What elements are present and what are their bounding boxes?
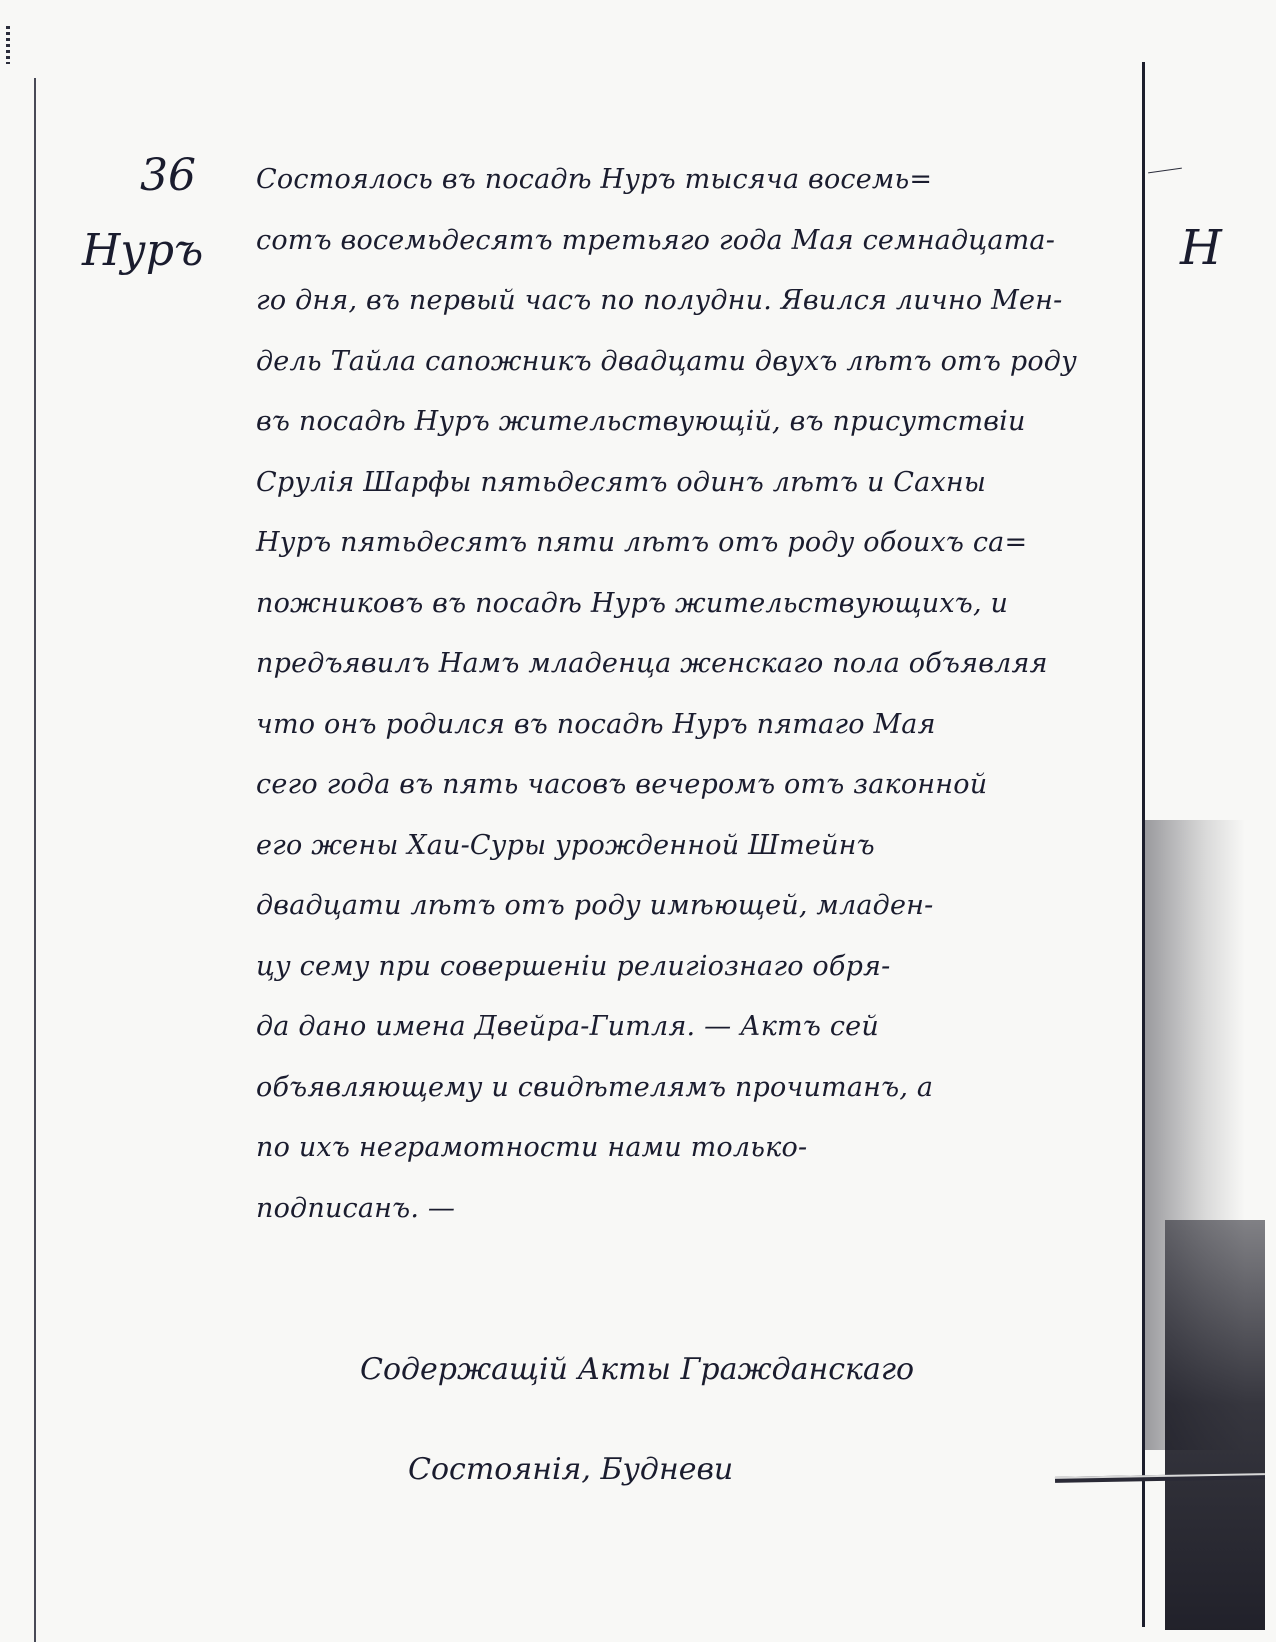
body-line: предъявилъ Намъ младенца женскаго пола о…	[256, 634, 1106, 695]
body-line: пожниковъ въ посадѣ Нуръ жительствующихъ…	[256, 574, 1106, 635]
body-line: по ихъ неграмотности нами только-	[256, 1118, 1106, 1179]
body-line: двадцати лѣтъ отъ роду имѣющей, младен-	[256, 876, 1106, 937]
signature-name-line: Состоянія, Будневи	[360, 1420, 1060, 1520]
body-line: Нуръ пятьдесятъ пяти лѣтъ отъ роду обоих…	[256, 513, 1106, 574]
record-body: Состоялось въ посадѣ Нуръ тысяча восемь=…	[256, 150, 1106, 1239]
body-line: объявляющему и свидѣтелямъ прочитанъ, а	[256, 1058, 1106, 1119]
body-line: цу сему при совершеніи религіознаго обря…	[256, 937, 1106, 998]
record-number: 36	[140, 150, 196, 201]
body-line: го дня, въ первый часъ по полудни. Явилс…	[256, 271, 1106, 332]
body-line: въ посадѣ Нуръ жительствующій, въ присут…	[256, 392, 1106, 453]
margin-town-name: Нуръ	[82, 225, 203, 276]
body-line: его жены Хаи-Суры урожденной Штейнъ	[256, 816, 1106, 877]
left-margin-hatch-mark	[6, 26, 10, 64]
body-line: да дано имена Двейра-Гитля. — Актъ сей	[256, 997, 1106, 1058]
right-margin-tick	[1148, 168, 1182, 174]
body-line: Состоялось въ посадѣ Нуръ тысяча восемь=	[256, 150, 1106, 211]
signature-title-line: Содержащій Акты Гражданскаго	[360, 1320, 1060, 1420]
scanned-document-page: 36 Нуръ Н Состоялось въ посадѣ Нуръ тыся…	[0, 0, 1276, 1642]
body-line: подписанъ. —	[256, 1179, 1106, 1240]
body-line: сотъ восемьдесятъ третьяго года Мая семн…	[256, 211, 1106, 272]
left-margin-rule	[34, 78, 36, 1642]
right-margin-initial: Н	[1180, 220, 1222, 276]
body-line: что онъ родился въ посадѣ Нуръ пятаго Ма…	[256, 695, 1106, 756]
registrar-signature: Содержащій Акты Гражданскаго Состоянія, …	[360, 1320, 1060, 1520]
body-line: Срулія Шарфы пятьдесятъ одинъ лѣтъ и Сах…	[256, 453, 1106, 514]
binding-dark-edge	[1165, 1220, 1265, 1630]
body-line: сего года въ пять часовъ вечеромъ отъ за…	[256, 755, 1106, 816]
body-line: дель Тайла сапожникъ двадцати двухъ лѣтъ…	[256, 332, 1106, 393]
